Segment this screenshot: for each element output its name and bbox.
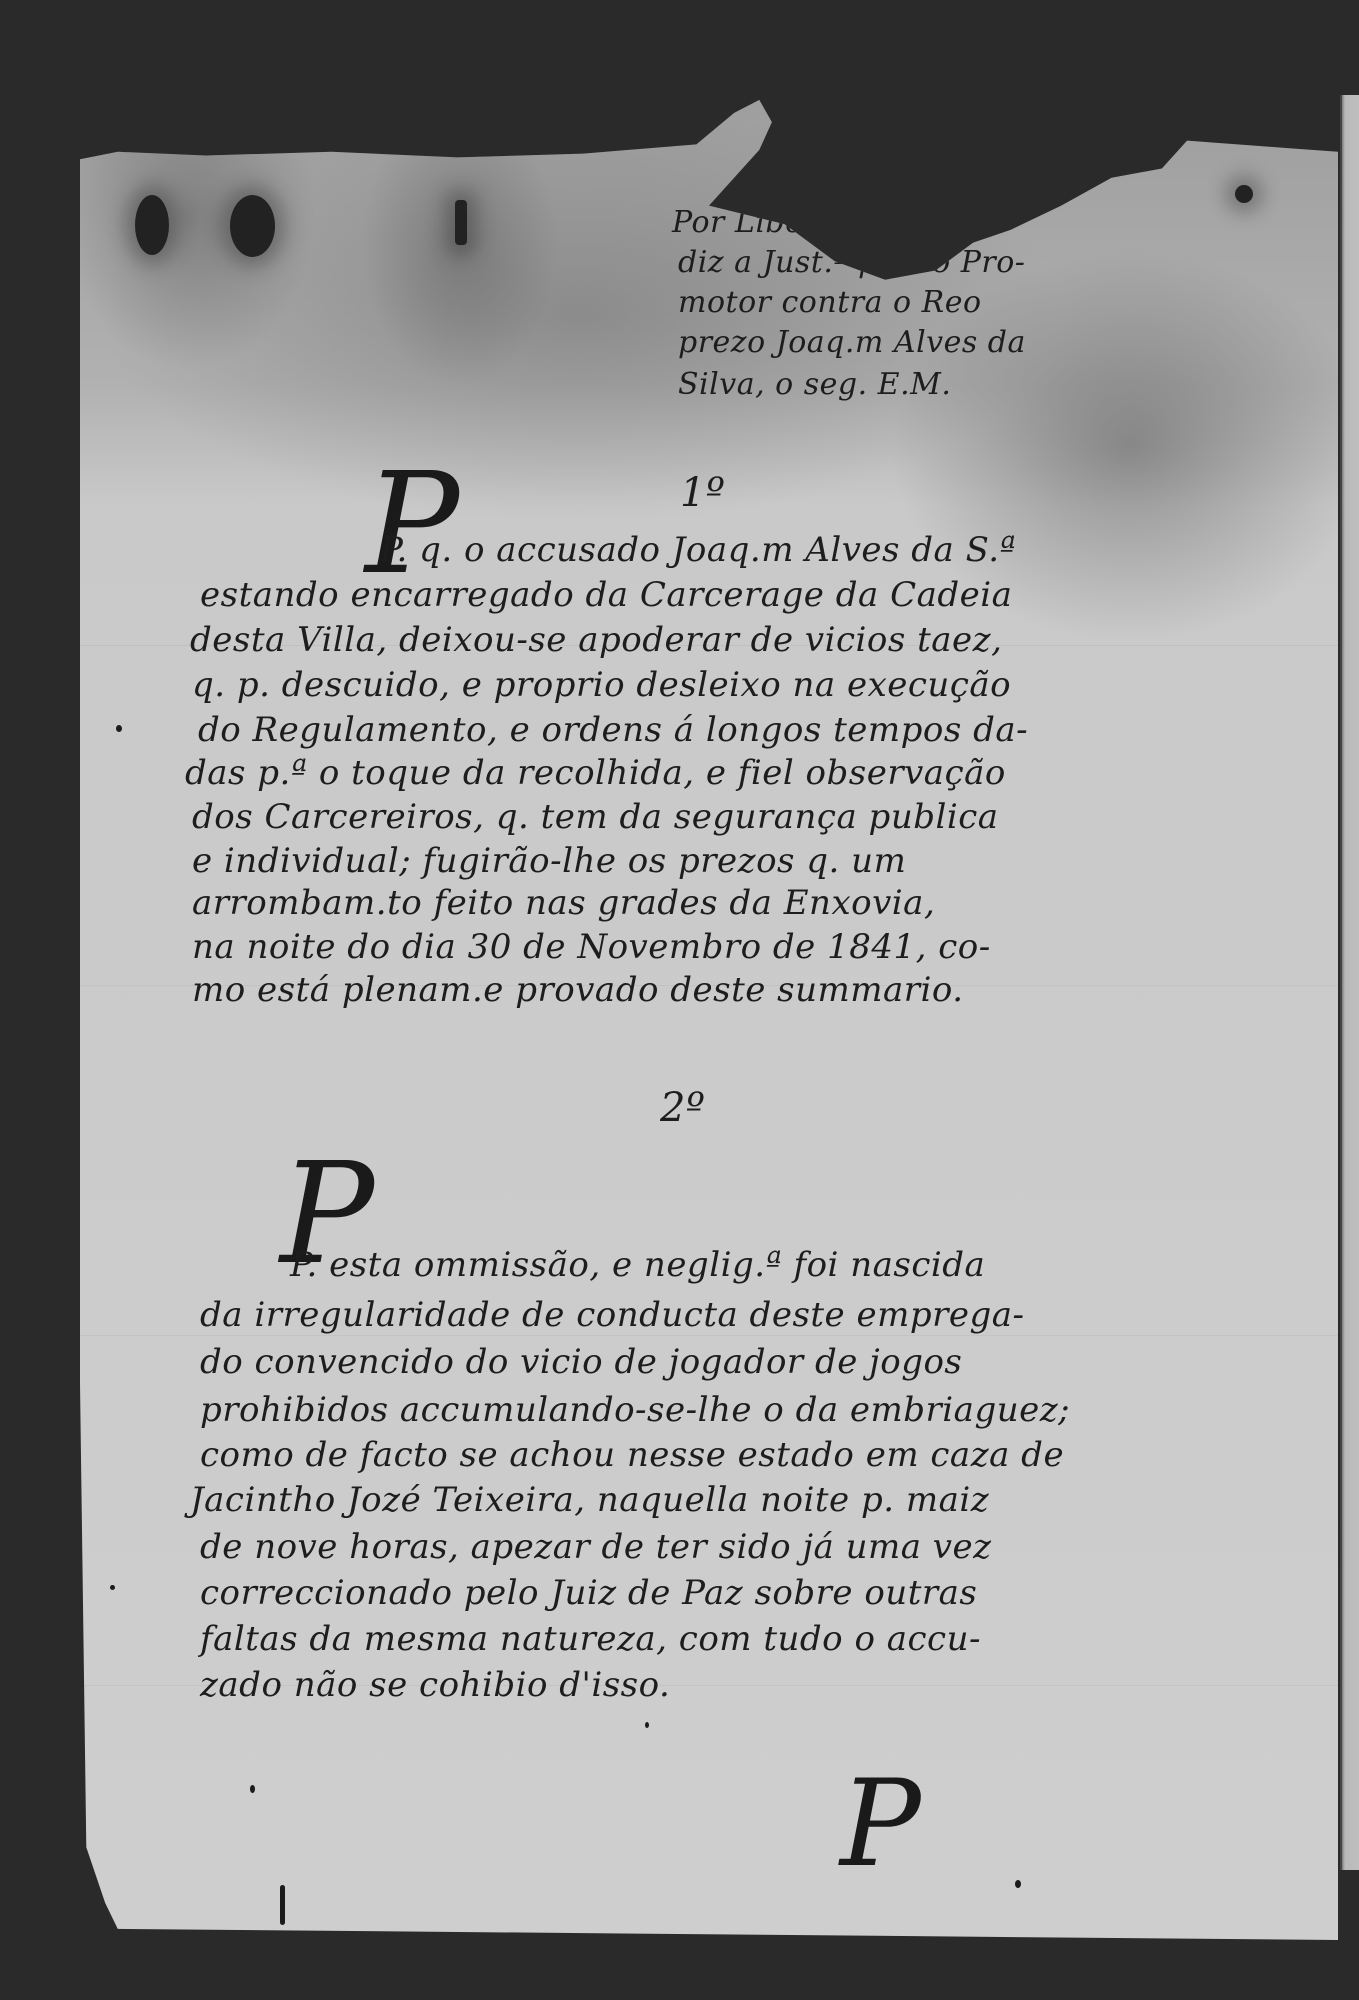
next-article-initial: P <box>840 1765 921 1885</box>
header-line: prezo Joaq.m Alves da <box>678 325 1026 360</box>
text-line: de nove horas, apezar de ter sido já uma… <box>200 1527 992 1567</box>
text-line: estando encarregado da Carcerage da Cade… <box>200 575 1012 615</box>
ink-spot <box>280 1885 285 1925</box>
paper-hole <box>135 195 169 255</box>
ink-spot <box>110 1585 115 1590</box>
text-line: P. esta ommissão, e neglig.ª foi nascida <box>290 1245 985 1285</box>
paper-hole <box>1235 185 1253 203</box>
text-line: desta Villa, deixou-se apoderar de vicio… <box>190 620 1002 660</box>
text-line: zado não se cohibio d'isso. <box>200 1665 670 1705</box>
text-line: como de facto se achou nesse estado em c… <box>200 1435 1064 1475</box>
paper-texture-line <box>80 1335 1338 1336</box>
decorative-initial: P <box>365 455 459 595</box>
header-line: Silva, o seg. E.M. <box>678 367 951 402</box>
text-line: do Regulamento, e ordens á longos tempos… <box>198 710 1028 750</box>
adjacent-page-edge <box>1340 95 1359 1870</box>
text-line: e individual; fugirão-lhe os prezos q. u… <box>192 841 906 881</box>
header-line: diz a Just.ª p. seo Pro- <box>678 245 1025 280</box>
text-line: do convencido do vicio de jogador de jog… <box>200 1342 962 1382</box>
text-line: das p.ª o toque da recolhida, e fiel obs… <box>185 753 1006 793</box>
manuscript-sheet: Por Libello accusato diz a Just.ª p. seo… <box>80 85 1338 1940</box>
text-line: prohibidos accumulando-se-lhe o da embri… <box>200 1390 1070 1430</box>
ink-spot <box>116 725 122 732</box>
text-line: P. q. o accusado Joaq.m Alves da S.ª <box>380 530 1016 570</box>
paper-hole <box>230 195 275 257</box>
paper-hole <box>455 200 467 245</box>
text-line: q. p. descuido, e proprio desleixo na ex… <box>192 665 1011 705</box>
article-number: 2º <box>660 1085 705 1131</box>
article-number: 1º <box>680 470 725 516</box>
text-line: correccionado pelo Juiz de Paz sobre out… <box>200 1573 977 1613</box>
text-line: dos Carcereiros, q. tem da segurança pub… <box>192 797 999 837</box>
ink-spot <box>250 1785 255 1793</box>
header-line: motor contra o Reo <box>678 285 982 320</box>
scanned-document: Por Libello accusato diz a Just.ª p. seo… <box>0 0 1359 2000</box>
ink-spot <box>645 1722 649 1728</box>
text-line: faltas da mesma natureza, com tudo o acc… <box>200 1619 981 1659</box>
text-line: arrombam.to feito nas grades da Enxovia, <box>192 883 935 923</box>
header-line: Por Libello accusato <box>672 205 990 240</box>
text-line: na noite do dia 30 de Novembro de 1841, … <box>192 927 991 967</box>
text-line: mo está plenam.e provado deste summario. <box>192 970 964 1010</box>
ink-spot <box>1015 1880 1021 1888</box>
text-line: Jacintho Jozé Teixeira, naquella noite p… <box>190 1480 989 1520</box>
text-line: da irregularidade de conducta deste empr… <box>200 1295 1025 1335</box>
